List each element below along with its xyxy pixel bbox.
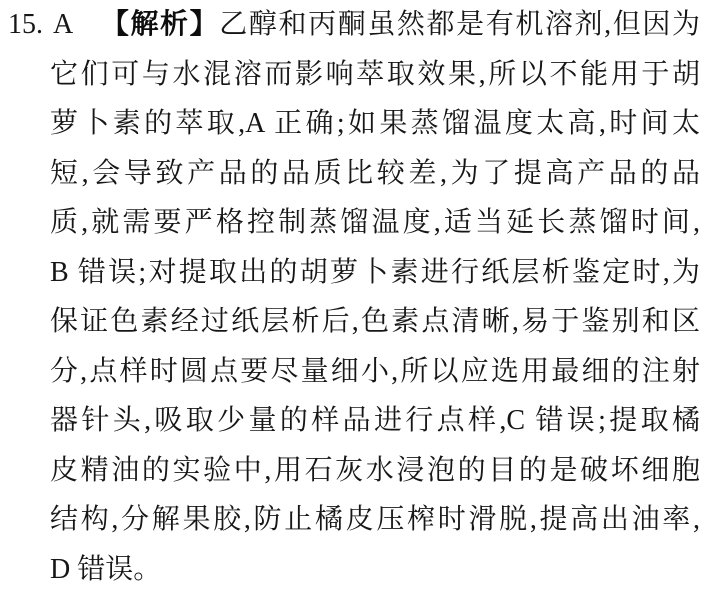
analysis-text-line-10: 皮精油的实验中,用石灰水浸泡的目的是破坏细胞 — [50, 455, 700, 486]
analysis-text-line-9: 器针头,吸取少量的样品进行点样,C 错误;提取橘 — [50, 405, 700, 436]
text-line: 短,会导致产品的品质比较差,为了提高产品的品 — [8, 149, 700, 199]
analysis-text-line-5: 质,就需要严格控制蒸馏温度,适当延长蒸馏时间, — [50, 207, 700, 238]
analysis-text-line-11: 结构,分解果胶,防止橘皮压榨时滑脱,提高出油率, — [50, 504, 700, 535]
analysis-text-line-8: 分,点样时圆点要尽量细小,所以应选用最细的注射 — [50, 356, 700, 387]
text-line: 萝卜素的萃取,A 正确;如果蒸馏温度太高,时间太 — [8, 99, 700, 149]
analysis-text-line-2: 它们可与水混溶而影响萃取效果,所以不能用于胡 — [50, 59, 700, 90]
text-line: 器针头,吸取少量的样品进行点样,C 错误;提取橘 — [8, 396, 700, 446]
text-line: B 错误;对提取出的胡萝卜素进行纸层析鉴定时,为 — [8, 248, 700, 298]
text-line: 保证色素经过纸层析后,色素点清晰,易于鉴别和区 — [8, 297, 700, 347]
analysis-text-line-12: D 错误。 — [50, 554, 161, 585]
answer-letter: A — [53, 0, 73, 50]
text-line: 15.A【解析】乙醇和丙酮虽然都是有机溶剂,但因为 — [8, 0, 700, 50]
text-line: D 错误。 — [8, 545, 700, 594]
text-line: 它们可与水混溶而影响萃取效果,所以不能用于胡 — [8, 50, 700, 100]
text-line: 结构,分解果胶,防止橘皮压榨时滑脱,提高出油率, — [8, 495, 700, 545]
text-line: 质,就需要严格控制蒸馏温度,适当延长蒸馏时间, — [8, 198, 700, 248]
analysis-text-line-1: 乙醇和丙酮虽然都是有机溶剂,但因为 — [219, 9, 700, 40]
analysis-text-line-4: 短,会导致产品的品质比较差,为了提高产品的品 — [50, 158, 700, 189]
analysis-text-line-7: 保证色素经过纸层析后,色素点清晰,易于鉴别和区 — [50, 306, 700, 337]
question-number: 15. — [8, 0, 43, 50]
scanned-answer-page: 15.A【解析】乙醇和丙酮虽然都是有机溶剂,但因为 它们可与水混溶而影响萃取效果… — [0, 0, 706, 594]
analysis-text-line-3: 萝卜素的萃取,A 正确;如果蒸馏温度太高,时间太 — [50, 108, 700, 139]
text-line: 分,点样时圆点要尽量细小,所以应选用最细的注射 — [8, 347, 700, 397]
analysis-text-line-6: B 错误;对提取出的胡萝卜素进行纸层析鉴定时,为 — [50, 257, 700, 288]
analysis-label: 【解析】 — [99, 9, 219, 40]
text-line: 皮精油的实验中,用石灰水浸泡的目的是破坏细胞 — [8, 446, 700, 496]
